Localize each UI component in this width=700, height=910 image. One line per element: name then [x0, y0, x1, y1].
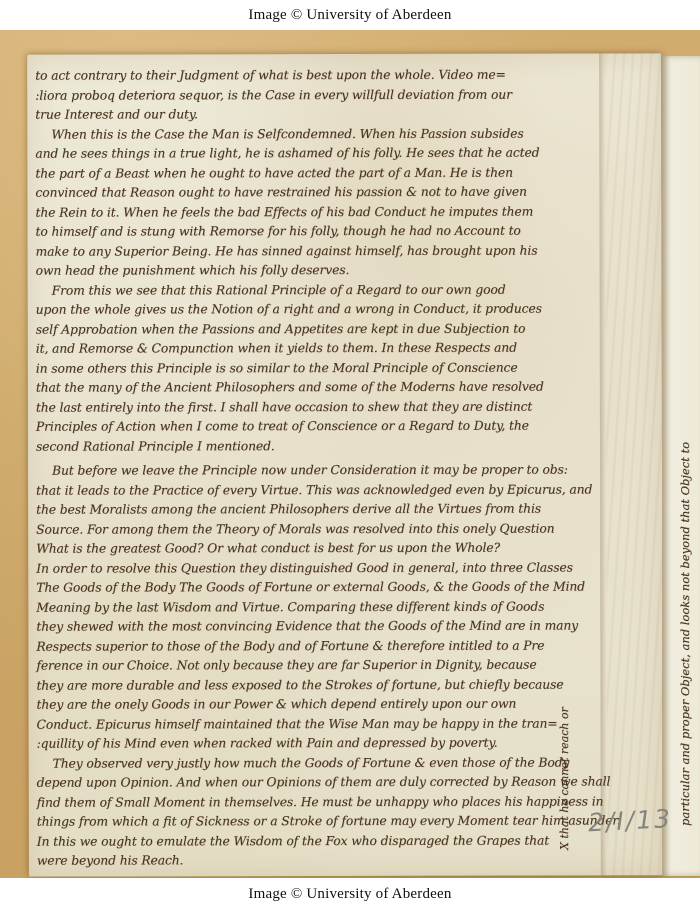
manuscript-line: depend upon Opinion. And when our Opinio… [37, 772, 605, 793]
edge-note-vertical: particular and proper Object, and looks … [676, 66, 694, 826]
manuscript-line: From this we see that this Rational Prin… [36, 280, 604, 301]
copyright-text-bottom: Image © University of Aberdeen [248, 886, 451, 903]
manuscript-line: that the many of the Ancient Philosopher… [36, 377, 604, 398]
shelfmark: 2/I/13 [587, 804, 678, 838]
manuscript-line: the Rein to it. When he feels the bad Ef… [35, 202, 603, 223]
manuscript-line: Meaning by the last Wisdom and Virtue. C… [36, 597, 604, 618]
manuscript-line: But before we leave the Principle now un… [36, 460, 604, 481]
manuscript-line: find them of Small Moment in themselves.… [37, 792, 605, 813]
manuscript-line: The Goods of the Body The Goods of Fortu… [36, 577, 604, 598]
manuscript-line: What is the greatest Good? Or what condu… [36, 538, 604, 559]
manuscript-paragraph: They observed very justly how much the G… [37, 753, 605, 871]
manuscript-line: Conduct. Epicurus himself maintained tha… [37, 714, 605, 735]
manuscript-text: to act contrary to their Judgment of wha… [35, 65, 605, 871]
manuscript-line: Respects superior to those of the Body a… [36, 636, 604, 657]
copyright-banner-bottom: Image © University of Aberdeen [0, 878, 700, 910]
manuscript-line: own head the punishment which his folly … [36, 260, 604, 281]
verso-showthrough [605, 53, 663, 875]
adjacent-leaf-edge: particular and proper Object, and looks … [662, 56, 700, 876]
manuscript-line: In this we ought to emulate the Wisdom o… [37, 831, 605, 852]
manuscript-line: they are the onely Goods in our Power & … [36, 694, 604, 715]
manuscript-line: and he sees things in a true light, he i… [35, 143, 603, 164]
manuscript-line: the last entirely into the first. I shal… [36, 397, 604, 418]
manuscript-line: it, and Remorse & Compunction when it yi… [36, 338, 604, 359]
manuscript-line: were beyond his Reach. [37, 850, 605, 871]
manuscript-line: Principles of Action when I come to trea… [36, 416, 604, 437]
manuscript-paragraph: But before we leave the Principle now un… [36, 460, 605, 754]
manuscript-paragraph: When this is the Case the Man is Selfcon… [35, 124, 603, 281]
manuscript-line: things from which a fit of Sickness or a… [37, 811, 605, 832]
manuscript-line: :liora proboq deteriora sequor, is the C… [35, 85, 603, 106]
manuscript-line: In order to resolve this Question they d… [36, 558, 604, 579]
mount-background: to act contrary to their Judgment of wha… [0, 30, 700, 878]
manuscript-paragraph: From this we see that this Rational Prin… [36, 280, 604, 457]
copyright-banner-top: Image © University of Aberdeen [0, 0, 700, 30]
manuscript-paragraph: to act contrary to their Judgment of wha… [35, 65, 603, 125]
manuscript-line: ference in our Choice. Not only because … [36, 655, 604, 676]
manuscript-line: that it leads to the Practice of every V… [36, 480, 604, 501]
manuscript-line: true Interest and our duty. [35, 104, 603, 125]
manuscript-line: make to any Superior Being. He has sinne… [36, 241, 604, 262]
manuscript-line: they are more durable and less exposed t… [36, 675, 604, 696]
manuscript-line: to himself and is stung with Remorse for… [35, 221, 603, 242]
manuscript-line: they shewed with the most convincing Evi… [36, 616, 604, 637]
manuscript-line: Source. For among them the Theory of Mor… [36, 519, 604, 540]
manuscript-line: :quillity of his Mind even when racked w… [37, 733, 605, 754]
margin-note-vertical: X that he cannot reach or [556, 620, 574, 850]
manuscript-line: second Rational Principle I mentioned. [36, 436, 604, 457]
manuscript-line: When this is the Case the Man is Selfcon… [35, 124, 603, 145]
manuscript-line: self Approbation when the Passions and A… [36, 319, 604, 340]
copyright-text-top: Image © University of Aberdeen [248, 7, 451, 24]
manuscript-line: the best Moralists among the ancient Phi… [36, 499, 604, 520]
manuscript-line: the part of a Beast when he ought to hav… [35, 163, 603, 184]
manuscript-line: in some others this Principle is so simi… [36, 358, 604, 379]
manuscript-line: to act contrary to their Judgment of wha… [35, 65, 603, 86]
manuscript-line: They observed very justly how much the G… [37, 753, 605, 774]
manuscript-line: upon the whole gives us the Notion of a … [36, 299, 604, 320]
manuscript-line: convinced that Reason ought to have rest… [35, 182, 603, 203]
